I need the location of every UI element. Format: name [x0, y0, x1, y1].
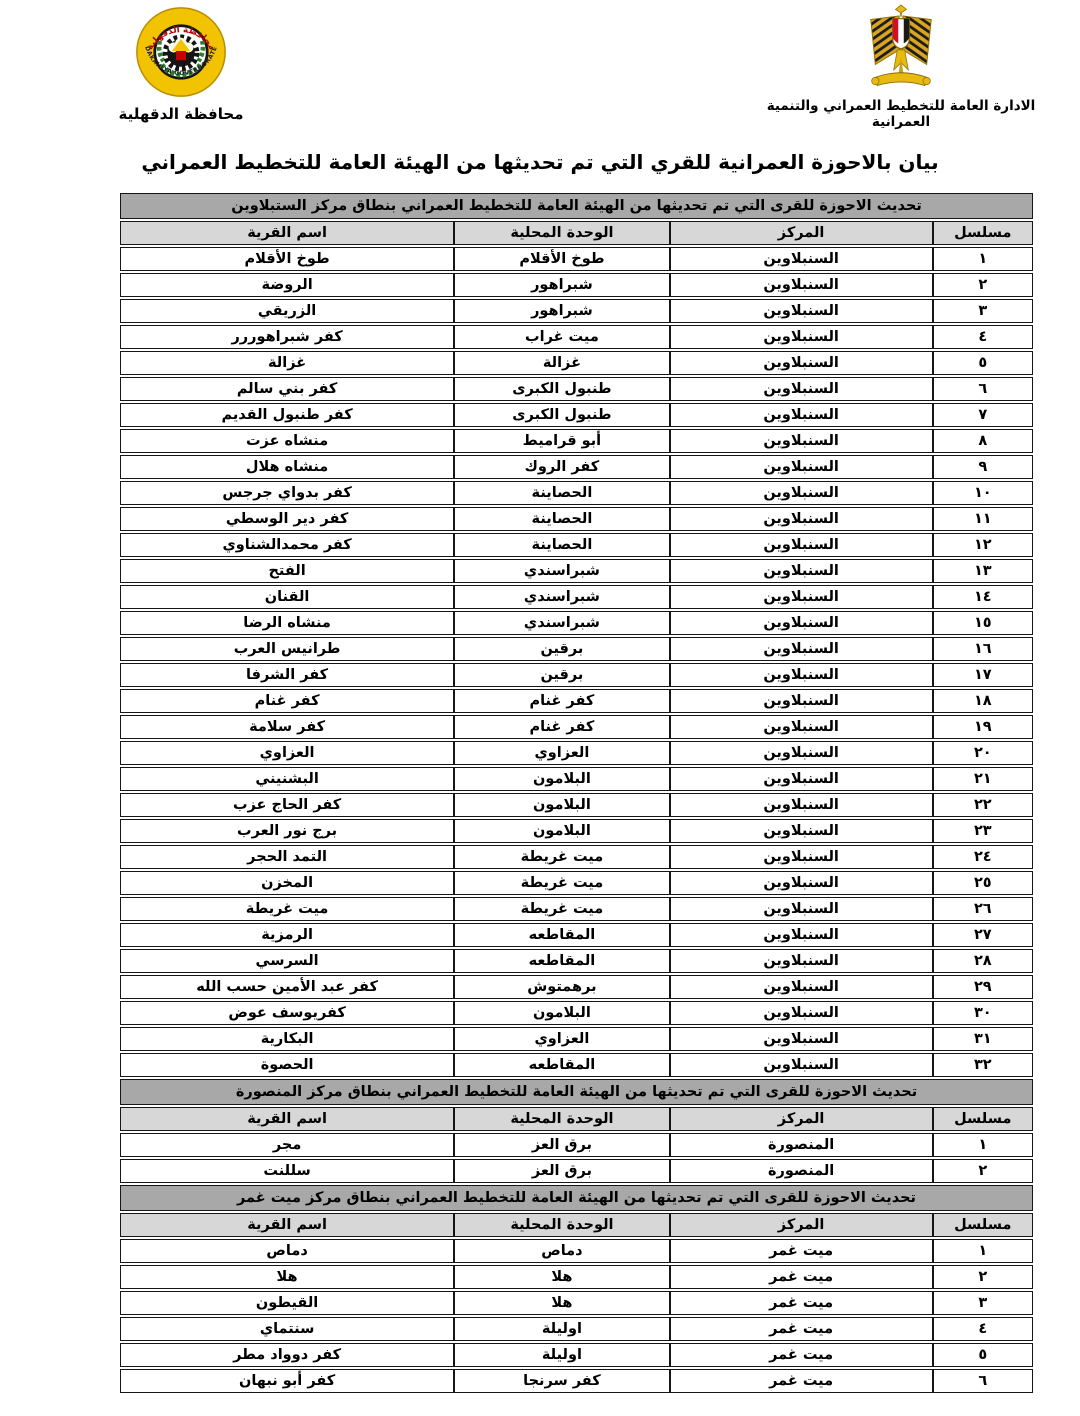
column-header-row: مسلسلالمركزالوحدة المحليةاسم القرية: [120, 221, 1033, 245]
column-header-serial: مسلسل: [933, 1213, 1033, 1237]
cell-unit: كفر غنام: [454, 689, 669, 713]
cell-serial: ٦: [933, 377, 1033, 401]
cell-center: السنبلاوين: [670, 1001, 933, 1025]
cell-serial: ٤: [933, 1317, 1033, 1341]
cell-unit: شبراسندي: [454, 611, 669, 635]
table-row: ١السنبلاوينطوخ الأقلامطوخ الأقلام: [120, 247, 1033, 271]
flag-shield-icon: [893, 19, 910, 49]
cell-village: طرانيس العرب: [120, 637, 454, 661]
cell-village: كفر غنام: [120, 689, 454, 713]
cell-unit: البلامون: [454, 767, 669, 791]
table-row: ٢٥السنبلاوينميت غريطةالمخزن: [120, 871, 1033, 895]
cell-center: السنبلاوين: [670, 455, 933, 479]
cell-unit: العزاوي: [454, 741, 669, 765]
cell-serial: ١١: [933, 507, 1033, 531]
cell-unit: الحصاينة: [454, 481, 669, 505]
column-header-center: المركز: [670, 1107, 933, 1131]
villages-table: تحديث الاحوزة للقرى التي تم تحديثها من ا…: [120, 191, 1033, 1395]
cell-center: السنبلاوين: [670, 481, 933, 505]
table-row: ٢المنصورةبرق العزسللنت: [120, 1159, 1033, 1183]
cell-village: كفر سلامة: [120, 715, 454, 739]
cell-serial: ٣: [933, 299, 1033, 323]
cell-center: السنبلاوين: [670, 845, 933, 869]
cell-village: كفر عبد الأمين حسب الله: [120, 975, 454, 999]
cell-serial: ٢٦: [933, 897, 1033, 921]
table-row: ٧السنبلاوينطنبول الكبرىكفر طنبول القديم: [120, 403, 1033, 427]
cell-center: السنبلاوين: [670, 351, 933, 375]
column-header-village: اسم القرية: [120, 221, 454, 245]
governorate-caption: محافظة الدقهلية: [96, 105, 266, 123]
table-row: ٣٠السنبلاوينالبلامونكفريوسف عوض: [120, 1001, 1033, 1025]
cell-serial: ١٣: [933, 559, 1033, 583]
cell-unit: طنبول الكبرى: [454, 377, 669, 401]
cell-serial: ١٧: [933, 663, 1033, 687]
cell-village: منشاه هلال: [120, 455, 454, 479]
cell-village: السرسي: [120, 949, 454, 973]
cell-center: السنبلاوين: [670, 949, 933, 973]
cell-unit: برهمتوش: [454, 975, 669, 999]
cell-village: كفر الحاج عزب: [120, 793, 454, 817]
cell-serial: ١٩: [933, 715, 1033, 739]
cell-serial: ٢: [933, 1265, 1033, 1289]
cell-unit: البلامون: [454, 1001, 669, 1025]
cell-village: ميت غريطة: [120, 897, 454, 921]
cell-serial: ٢٢: [933, 793, 1033, 817]
cell-serial: ٩: [933, 455, 1033, 479]
cell-center: السنبلاوين: [670, 533, 933, 557]
cell-village: الفتح: [120, 559, 454, 583]
cell-serial: ٣٠: [933, 1001, 1033, 1025]
table-row: ١٨السنبلاوينكفر غنامكفر غنام: [120, 689, 1033, 713]
cell-village: كفر شبراهوررر: [120, 325, 454, 349]
cell-unit: هلا: [454, 1265, 669, 1289]
cell-village: دماص: [120, 1239, 454, 1263]
cell-unit: شبراسندي: [454, 559, 669, 583]
cell-serial: ٢٩: [933, 975, 1033, 999]
cell-village: مجر: [120, 1133, 454, 1157]
cell-serial: ٥: [933, 1343, 1033, 1367]
section-header: تحديث الاحوزة للقرى التي تم تحديثها من ا…: [120, 193, 1033, 219]
section-band-row: تحديث الاحوزة للقرى التي تم تحديثها من ا…: [120, 193, 1033, 219]
cell-serial: ٢١: [933, 767, 1033, 791]
cell-center: السنبلاوين: [670, 1053, 933, 1077]
cell-unit: المقاطعه: [454, 1053, 669, 1077]
cell-village: كفر بني سالم: [120, 377, 454, 401]
cell-center: ميت غمر: [670, 1291, 933, 1315]
cell-serial: ٢٠: [933, 741, 1033, 765]
cell-village: كفر طنبول القديم: [120, 403, 454, 427]
column-header-row: مسلسلالمركزالوحدة المحليةاسم القرية: [120, 1107, 1033, 1131]
table-row: ٢٠السنبلاوينالعزاويالعزاوي: [120, 741, 1033, 765]
cell-serial: ٦: [933, 1369, 1033, 1393]
table-row: ١٢السنبلاوينالحصاينةكفر محمدالشناوي: [120, 533, 1033, 557]
table-row: ١٣السنبلاوينشبراسنديالفتح: [120, 559, 1033, 583]
cell-unit: غزالة: [454, 351, 669, 375]
cell-unit: دماص: [454, 1239, 669, 1263]
cell-serial: ٢٨: [933, 949, 1033, 973]
dakahlia-governorate-seal-icon: محافظة الدقهلية DAKAHLYA GOVERNORATE: [135, 6, 227, 98]
table-row: ١٦السنبلاوينبرقينطرانيس العرب: [120, 637, 1033, 661]
cell-village: كفر محمدالشناوي: [120, 533, 454, 557]
table-row: ١١السنبلاوينالحصاينةكفر دير الوسطي: [120, 507, 1033, 531]
cell-center: السنبلاوين: [670, 325, 933, 349]
cell-serial: ١: [933, 247, 1033, 271]
cell-unit: كفر الروك: [454, 455, 669, 479]
cell-center: السنبلاوين: [670, 273, 933, 297]
cell-center: السنبلاوين: [670, 767, 933, 791]
section-header: تحديث الاحوزة للقرى التي تم تحديثها من ا…: [120, 1079, 1033, 1105]
table-row: ٦السنبلاوينطنبول الكبرىكفر بني سالم: [120, 377, 1033, 401]
cell-village: الروضة: [120, 273, 454, 297]
cell-serial: ١٠: [933, 481, 1033, 505]
column-header-center: المركز: [670, 221, 933, 245]
cell-center: السنبلاوين: [670, 1027, 933, 1051]
cell-serial: ٤: [933, 325, 1033, 349]
cell-center: السنبلاوين: [670, 975, 933, 999]
egypt-eagle-emblem-icon: [864, 4, 938, 92]
cell-center: السنبلاوين: [670, 689, 933, 713]
cell-unit: برقين: [454, 663, 669, 687]
cell-unit: البلامون: [454, 793, 669, 817]
villages-table-body: تحديث الاحوزة للقرى التي تم تحديثها من ا…: [120, 193, 1033, 1393]
cell-unit: ميت غريطة: [454, 897, 669, 921]
table-row: ٢ميت غمرهلاهلا: [120, 1265, 1033, 1289]
section-header: تحديث الاحوزة للقرى التي تم تحديثها من ا…: [120, 1185, 1033, 1211]
table-row: ٨السنبلاوينأبو قراميطمنشاه عزت: [120, 429, 1033, 453]
table-row: ٢١السنبلاوينالبلامونالبشنيني: [120, 767, 1033, 791]
cell-center: ميت غمر: [670, 1265, 933, 1289]
cell-village: المخزن: [120, 871, 454, 895]
cell-village: كفر أبو نبهان: [120, 1369, 454, 1393]
cell-unit: شبراهور: [454, 299, 669, 323]
cell-serial: ٣٢: [933, 1053, 1033, 1077]
cell-center: السنبلاوين: [670, 507, 933, 531]
cell-center: السنبلاوين: [670, 559, 933, 583]
cell-unit: الحصاينة: [454, 507, 669, 531]
table-row: ٣٢السنبلاوينالمقاطعهالحصوة: [120, 1053, 1033, 1077]
table-row: ٥ميت غمراوليلةكفر دوواد مطر: [120, 1343, 1033, 1367]
cell-unit: اوليلة: [454, 1317, 669, 1341]
cell-center: السنبلاوين: [670, 403, 933, 427]
table-row: ٢٧السنبلاوينالمقاطعهالرمزية: [120, 923, 1033, 947]
cell-village: هلا: [120, 1265, 454, 1289]
cell-serial: ١٤: [933, 585, 1033, 609]
cell-center: السنبلاوين: [670, 663, 933, 687]
table-row: ٤السنبلاوينميت غرابكفر شبراهوررر: [120, 325, 1033, 349]
cell-village: البكارية: [120, 1027, 454, 1051]
cell-serial: ٢٧: [933, 923, 1033, 947]
cell-unit: ميت غراب: [454, 325, 669, 349]
cell-unit: ميت غريطة: [454, 845, 669, 869]
cell-serial: ٢: [933, 1159, 1033, 1183]
cell-village: طوخ الأقلام: [120, 247, 454, 271]
cell-unit: أبو قراميط: [454, 429, 669, 453]
cell-serial: ٣١: [933, 1027, 1033, 1051]
table-row: ١المنصورةبرق العزمجر: [120, 1133, 1033, 1157]
column-header-serial: مسلسل: [933, 221, 1033, 245]
cell-unit: شبراسندي: [454, 585, 669, 609]
cell-unit: البلامون: [454, 819, 669, 843]
cell-unit: كفر سرنجا: [454, 1369, 669, 1393]
cell-serial: ٢٥: [933, 871, 1033, 895]
cell-unit: كفر غنام: [454, 715, 669, 739]
table-row: ٢٨السنبلاوينالمقاطعهالسرسي: [120, 949, 1033, 973]
table-row: ٩السنبلاوينكفر الروكمنشاه هلال: [120, 455, 1033, 479]
cell-center: السنبلاوين: [670, 247, 933, 271]
cell-center: السنبلاوين: [670, 611, 933, 635]
cell-unit: برقين: [454, 637, 669, 661]
table-row: ٢٤السنبلاوينميت غريطةالتمد الحجر: [120, 845, 1033, 869]
cell-village: الرمزية: [120, 923, 454, 947]
column-header-village: اسم القرية: [120, 1213, 454, 1237]
table-row: ٦ميت غمركفر سرنجاكفر أبو نبهان: [120, 1369, 1033, 1393]
table-row: ١٤السنبلاوينشبراسنديالقنان: [120, 585, 1033, 609]
cell-center: السنبلاوين: [670, 923, 933, 947]
cell-center: ميت غمر: [670, 1239, 933, 1263]
section-band-row: تحديث الاحوزة للقرى التي تم تحديثها من ا…: [120, 1079, 1033, 1105]
cell-center: ميت غمر: [670, 1317, 933, 1341]
page-title: بيان بالاحوزة العمرانية للقري التي تم تح…: [0, 150, 1080, 174]
section-band-row: تحديث الاحوزة للقرى التي تم تحديثها من ا…: [120, 1185, 1033, 1211]
cell-center: السنبلاوين: [670, 637, 933, 661]
cell-serial: ٢٤: [933, 845, 1033, 869]
table-row: ٣السنبلاوينشبراهورالزريقي: [120, 299, 1033, 323]
cell-serial: ٧: [933, 403, 1033, 427]
column-header-serial: مسلسل: [933, 1107, 1033, 1131]
cell-unit: الحصاينة: [454, 533, 669, 557]
cell-village: سللنت: [120, 1159, 454, 1183]
table-row: ٣ميت غمرهلاالقيطون: [120, 1291, 1033, 1315]
cell-village: كفر دوواد مطر: [120, 1343, 454, 1367]
cell-unit: المقاطعه: [454, 949, 669, 973]
cell-village: التمد الحجر: [120, 845, 454, 869]
cell-unit: هلا: [454, 1291, 669, 1315]
cell-village: برج نور العرب: [120, 819, 454, 843]
cell-center: المنصورة: [670, 1159, 933, 1183]
cell-center: السنبلاوين: [670, 897, 933, 921]
cell-unit: شبراهور: [454, 273, 669, 297]
table-row: ٤ميت غمراوليلةسنتماي: [120, 1317, 1033, 1341]
cell-village: البشنيني: [120, 767, 454, 791]
column-header-unit: الوحدة المحلية: [454, 1107, 669, 1131]
cell-center: السنبلاوين: [670, 585, 933, 609]
cell-center: ميت غمر: [670, 1369, 933, 1393]
cell-village: كفر بدواي جرجس: [120, 481, 454, 505]
cell-village: غزالة: [120, 351, 454, 375]
cell-serial: ٢: [933, 273, 1033, 297]
cell-center: السنبلاوين: [670, 429, 933, 453]
table-row: ١ميت غمردماصدماص: [120, 1239, 1033, 1263]
column-header-center: المركز: [670, 1213, 933, 1237]
cell-center: السنبلاوين: [670, 715, 933, 739]
column-header-unit: الوحدة المحلية: [454, 1213, 669, 1237]
cell-village: الزريقي: [120, 299, 454, 323]
department-caption: الادارة العامة للتخطيط العمراني والتنمية…: [736, 98, 1066, 130]
cell-village: الحصوة: [120, 1053, 454, 1077]
cell-center: السنبلاوين: [670, 819, 933, 843]
cell-unit: برق العز: [454, 1159, 669, 1183]
column-header-row: مسلسلالمركزالوحدة المحليةاسم القرية: [120, 1213, 1033, 1237]
table-row: ١٩السنبلاوينكفر غنامكفر سلامة: [120, 715, 1033, 739]
cell-village: كفر دير الوسطي: [120, 507, 454, 531]
cell-village: القنان: [120, 585, 454, 609]
cell-center: ميت غمر: [670, 1343, 933, 1367]
table-row: ٣١السنبلاوينالعزاويالبكارية: [120, 1027, 1033, 1051]
cell-unit: المقاطعه: [454, 923, 669, 947]
cell-serial: ١٢: [933, 533, 1033, 557]
cell-village: القيطون: [120, 1291, 454, 1315]
governorate-header: محافظة الدقهلية DAKAHLYA GOVERNORATE محا…: [96, 6, 266, 123]
cell-village: منشاه الرضا: [120, 611, 454, 635]
cell-village: كفر الشرفا: [120, 663, 454, 687]
table-row: ٢٢السنبلاوينالبلامونكفر الحاج عزب: [120, 793, 1033, 817]
table-row: ٥السنبلاوينغزالةغزالة: [120, 351, 1033, 375]
table-row: ٢٦السنبلاوينميت غريطةميت غريطة: [120, 897, 1033, 921]
cell-center: المنصورة: [670, 1133, 933, 1157]
table-row: ١٧السنبلاوينبرقينكفر الشرفا: [120, 663, 1033, 687]
table-row: ١٥السنبلاوينشبراسنديمنشاه الرضا: [120, 611, 1033, 635]
cell-serial: ١: [933, 1133, 1033, 1157]
department-header: الادارة العامة للتخطيط العمراني والتنمية…: [736, 4, 1066, 130]
cell-center: السنبلاوين: [670, 793, 933, 817]
table-row: ٢٩السنبلاوينبرهمتوشكفر عبد الأمين حسب ال…: [120, 975, 1033, 999]
cell-serial: ١٥: [933, 611, 1033, 635]
table-row: ١٠السنبلاوينالحصاينةكفر بدواي جرجس: [120, 481, 1033, 505]
cell-serial: ٥: [933, 351, 1033, 375]
cell-center: السنبلاوين: [670, 871, 933, 895]
cell-unit: اوليلة: [454, 1343, 669, 1367]
column-header-village: اسم القرية: [120, 1107, 454, 1131]
cell-village: كفريوسف عوض: [120, 1001, 454, 1025]
cell-center: السنبلاوين: [670, 741, 933, 765]
cell-village: العزاوي: [120, 741, 454, 765]
cell-serial: ٨: [933, 429, 1033, 453]
cell-serial: ١٦: [933, 637, 1033, 661]
column-header-unit: الوحدة المحلية: [454, 221, 669, 245]
cell-serial: ٣: [933, 1291, 1033, 1315]
cell-serial: ١٨: [933, 689, 1033, 713]
cell-serial: ١: [933, 1239, 1033, 1263]
cell-unit: طوخ الأقلام: [454, 247, 669, 271]
cell-village: منشاه عزت: [120, 429, 454, 453]
cell-serial: ٢٣: [933, 819, 1033, 843]
cell-center: السنبلاوين: [670, 377, 933, 401]
table-row: ٢السنبلاوينشبراهورالروضة: [120, 273, 1033, 297]
villages-table-wrap: تحديث الاحوزة للقرى التي تم تحديثها من ا…: [120, 191, 1033, 1395]
cell-village: سنتماي: [120, 1317, 454, 1341]
table-row: ٢٣السنبلاوينالبلامونبرج نور العرب: [120, 819, 1033, 843]
cell-center: السنبلاوين: [670, 299, 933, 323]
cell-unit: برق العز: [454, 1133, 669, 1157]
cell-unit: ميت غريطة: [454, 871, 669, 895]
cell-unit: طنبول الكبرى: [454, 403, 669, 427]
cell-unit: العزاوي: [454, 1027, 669, 1051]
